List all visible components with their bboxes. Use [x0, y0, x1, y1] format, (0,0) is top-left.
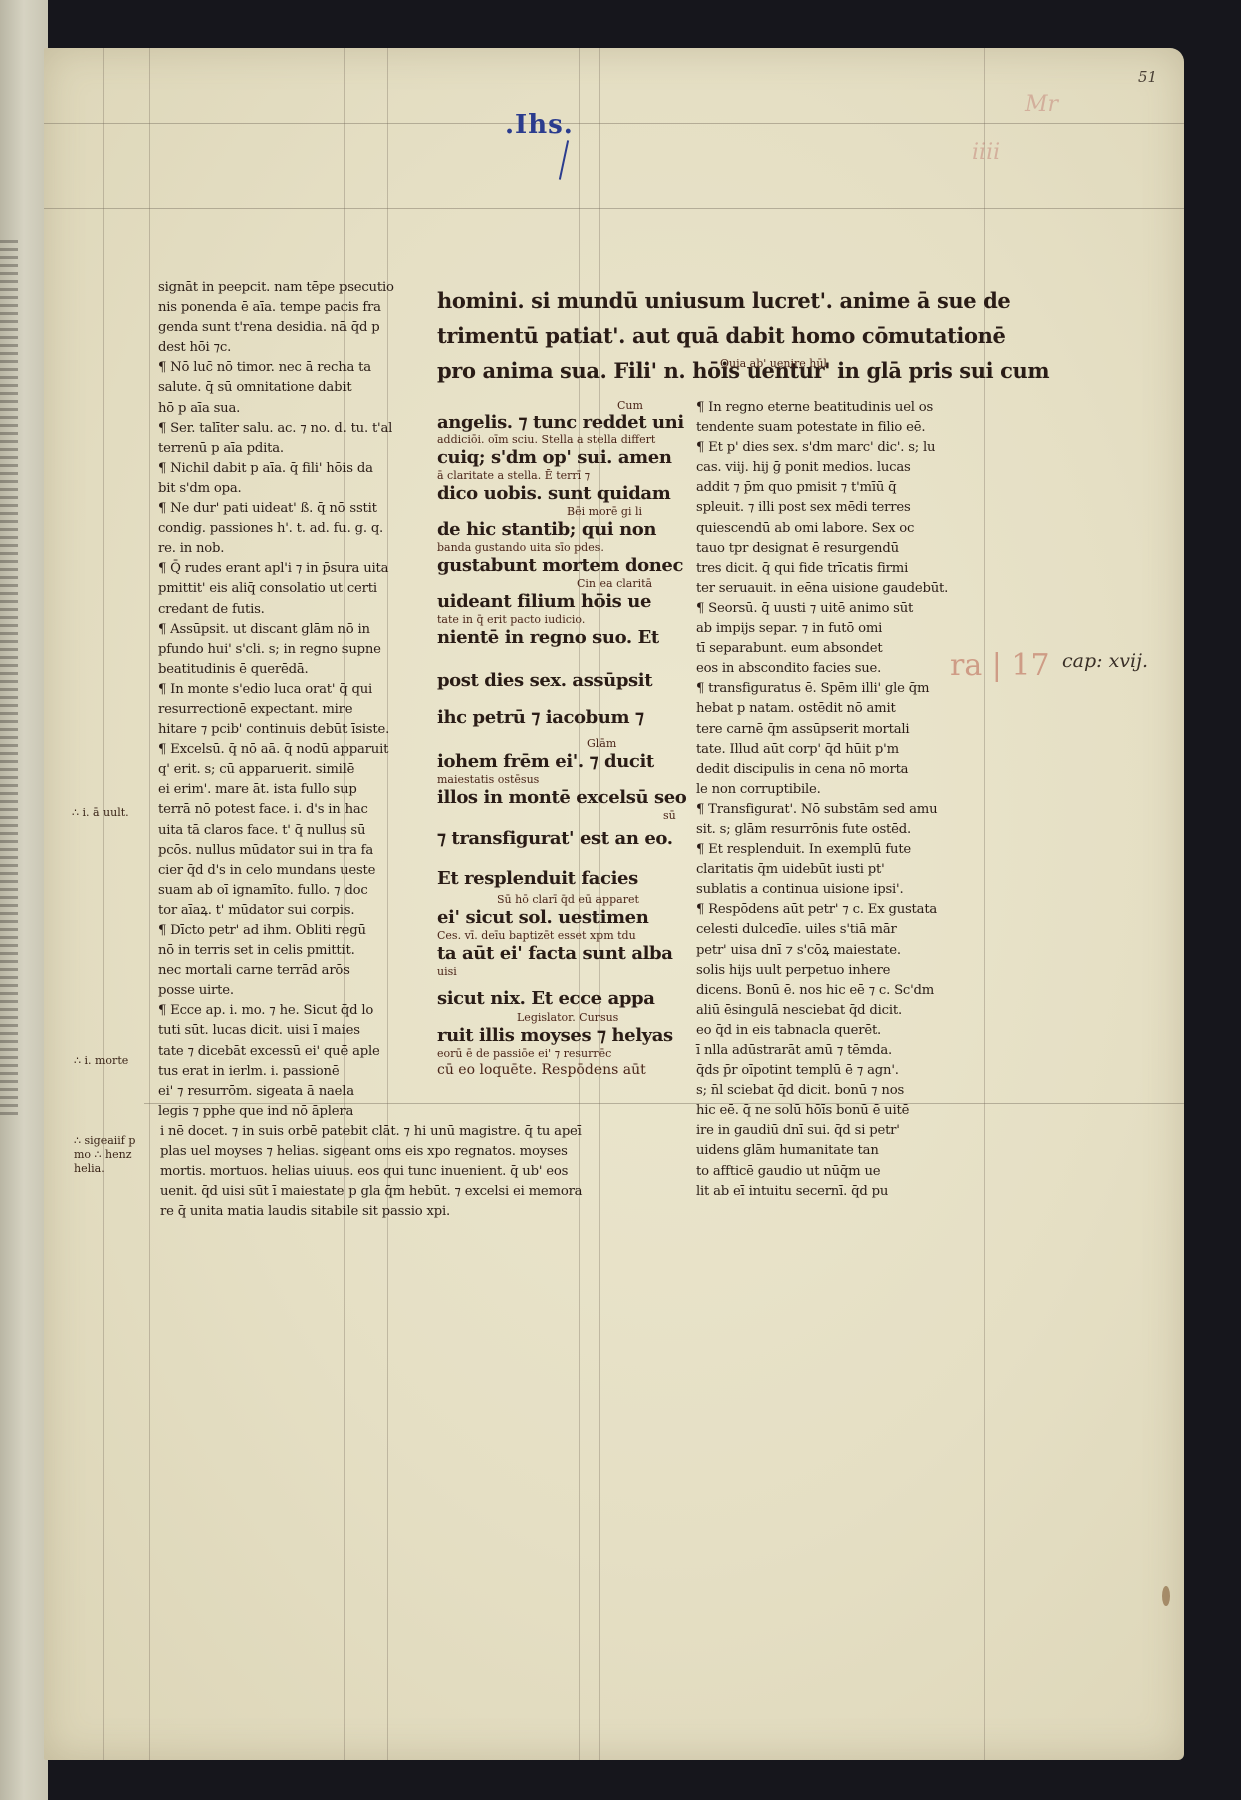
- gloss-line: hitare ⁊ pcib' continuis debūt īsiste.: [158, 720, 408, 740]
- gloss-line: nis ponenda ē aīa. tempe pacis fra: [158, 298, 408, 318]
- gloss-line: ī nlla adūstrarāt amū ⁊ tēmda.: [696, 1041, 966, 1061]
- text-line: trimentū patiat'. aut quā dabit homo cōm…: [437, 318, 957, 353]
- gloss-line: ¶ Assūpsit. ut discant glām nō in: [158, 620, 408, 640]
- gloss-line: dest hōi ⁊c.: [158, 338, 408, 358]
- gloss-line: q' erit. s; cū apparuerit. similē: [158, 760, 408, 780]
- gloss-line: tendente suam potestate in filio eē.: [696, 418, 966, 438]
- text-line: cuiq; s'dm op' sui. amen: [437, 446, 667, 470]
- gloss-line: posse uirte.: [158, 981, 408, 1001]
- gloss-line: i nē docet. ⁊ in suis orbē patebit clāt.…: [160, 1122, 680, 1142]
- gloss-line: genda sunt t'rena desidia. nā q̄d p: [158, 318, 408, 338]
- gloss-line: tate. Illud aūt corp' q̄d hūit p'm: [696, 740, 966, 760]
- gloss-line: le non corruptibile.: [696, 780, 966, 800]
- gloss-line: ¶ Excelsū. q̄ nō aā. q̄ nodū apparuit: [158, 740, 408, 760]
- text-line: illos in montē excelsū seo: [437, 786, 667, 810]
- gloss-line: eo q̄d in eis tabnacla querēt.: [696, 1021, 966, 1041]
- gloss-line: pmittit' eis aliq̄ consolatio ut certi: [158, 579, 408, 599]
- ruling-line: [149, 48, 150, 1760]
- gloss-line: ab impijs separ. ⁊ in futō omi: [696, 619, 966, 639]
- interlinear-gloss: uisi: [437, 966, 667, 978]
- gloss-line: cas. viij. hij ḡ ponit medios. lucas: [696, 458, 966, 478]
- ruling-line: [44, 123, 1184, 124]
- gloss-line: tere carnē q̄m assūpserit mortali: [696, 720, 966, 740]
- gloss-line: resurrectionē expectant. mire: [158, 700, 408, 720]
- gloss-line: tate ⁊ dicebāt excessū ei' quē aple: [158, 1042, 408, 1062]
- text-line: nientē in regno suo. Et: [437, 626, 667, 650]
- gloss-line: ¶ Ne dur' pati uideat' ß. q̄ nō sstit: [158, 499, 408, 519]
- text-line: ruit illis moyses ⁊ helyas: [437, 1024, 667, 1048]
- gloss-line: pcōs. nullus mūdator sui in tra fa: [158, 841, 408, 861]
- running-head-text: .Ihs.: [505, 110, 574, 140]
- gloss-line: sublatis a continua uisione ipsi'.: [696, 880, 966, 900]
- interlinear-gloss: tate in q̄ erit pacto iudicio.: [437, 614, 667, 626]
- gloss-line: ¶ transfiguratus ē. Spēm illi' gle q̄m: [696, 679, 966, 699]
- gloss-line: signāt in peepcit. nam tēpe psecutio: [158, 278, 408, 298]
- text-line: iohem frēm ei'. ⁊ ducit: [437, 750, 667, 774]
- gloss-line: ¶ Respōdens aūt petr' ⁊ c. Ex gustata: [696, 900, 966, 920]
- main-text-column: Cum angelis. ⁊ tunc reddet uni addiciōi.…: [437, 400, 667, 1080]
- gloss-line: suam ab oī ignamīto. fullo. ⁊ doc: [158, 881, 408, 901]
- gloss-line: quiescendū ab omi labore. Sex oc: [696, 519, 966, 539]
- gloss-line: celesti dulcedīe. uiles s'tiā mār: [696, 920, 966, 940]
- margin-note: ∴ i. morte: [74, 1054, 128, 1067]
- ruling-line: [103, 48, 104, 1760]
- gloss-line: hic eē. q̄ ne solū hōīs bonū ē uitē: [696, 1101, 966, 1121]
- main-text-top: homini. si mundū uniusum lucret'. anime …: [437, 283, 957, 389]
- right-gloss-column: ¶ In regno eterne beatitudinis uel os te…: [696, 398, 966, 1202]
- text-line: ta aūt ei' facta sunt alba: [437, 942, 667, 966]
- gloss-line: ¶ Seorsū. q̄ uusti ⁊ uitē animo sūt: [696, 599, 966, 619]
- gloss-line: beatitudinis ē querēdā.: [158, 660, 408, 680]
- gloss-line: plas uel moyses ⁊ helias. sigeant oms ei…: [160, 1142, 680, 1162]
- gloss-line: ¶ In regno eterne beatitudinis uel os: [696, 398, 966, 418]
- faded-note: Mr: [1025, 92, 1058, 117]
- gloss-line: ter seruauit. in eēna uisione gaudebūt.: [696, 579, 966, 599]
- text-line: post dies sex. assūpsit: [437, 664, 667, 698]
- gloss-line: ¶ Transfigurat'. Nō substām sed amu: [696, 800, 966, 820]
- gloss-line: s; n̄l sciebat q̄d dicit. bonū ⁊ nos: [696, 1081, 966, 1101]
- text-line: homini. si mundū uniusum lucret'. anime …: [437, 283, 957, 318]
- interlinear-gloss: Quia ab' uenire hūl: [720, 358, 827, 370]
- previous-leaf-edge: [0, 0, 48, 1800]
- interlinear-gloss: sū: [663, 810, 676, 822]
- gloss-line: to affticē gaudio ut nūq̄m ue: [696, 1162, 966, 1182]
- stain: [1162, 1586, 1170, 1606]
- gloss-line: bit s'dm opa.: [158, 479, 408, 499]
- interlinear-gloss: Legislator. Cursus: [517, 1012, 667, 1024]
- margin-note: ∴ sigeaiif p mo ∴ henz helia.: [74, 1134, 154, 1176]
- gloss-line: sit. s; glām resurrōnis fute ostēd.: [696, 820, 966, 840]
- gloss-line: ¶ Q̄ rudes erant apl'i ⁊ in p̄sura uita: [158, 559, 408, 579]
- gloss-line: credant de futis.: [158, 600, 408, 620]
- text-line: dico uobis. sunt quidam: [437, 482, 667, 506]
- gloss-line: terrā nō potest face. i. d's in hac: [158, 800, 408, 820]
- text-line: Et resplenduit facies: [437, 864, 667, 894]
- gloss-line: mortis. mortuos. helias uiuus. eos qui t…: [160, 1162, 680, 1182]
- interlinear-gloss: ā claritate a stella. Ē terrī ⁊: [437, 470, 667, 482]
- text-line: angelis. ⁊ tunc reddet uni: [437, 412, 667, 434]
- margin-note: ∴ i. ā uult.: [72, 806, 129, 819]
- interlinear-gloss: maiestatis ostēsus: [437, 774, 667, 786]
- gloss-line: re. in nob.: [158, 539, 408, 559]
- gloss-line: tauo tpr designat ē resurgendū: [696, 539, 966, 559]
- gloss-line: tus erat in ierlm. i. passionē: [158, 1062, 408, 1082]
- gloss-line: aliū ēsingulā nesciebat q̄d dicit.: [696, 1001, 966, 1021]
- gloss-line: ¶ Nichil dabit p aīa. q̄ fili' hōis da: [158, 459, 408, 479]
- running-head: .Ihs.: [505, 110, 574, 140]
- gloss-line: nec mortali carne terrād arōs: [158, 961, 408, 981]
- left-gloss-column: signāt in peepcit. nam tēpe psecutio nis…: [158, 278, 408, 1122]
- gloss-line: cier q̄d d's in celo mundans ueste: [158, 861, 408, 881]
- gloss-line: ei' ⁊ resurrōm. sigeata ā naela: [158, 1082, 408, 1102]
- gloss-line: ¶ Ser. talīter salu. ac. ⁊ no. d. tu. t'…: [158, 419, 408, 439]
- gloss-line: uenit. q̄d uisi sūt ī maiestate p gla q̄…: [160, 1182, 680, 1202]
- gloss-line: dedit discipulis in cena nō morta: [696, 760, 966, 780]
- gloss-line: ¶ Et resplenduit. In exemplū fute: [696, 840, 966, 860]
- interlinear-gloss: Bēi morē gi li: [567, 506, 667, 518]
- gloss-line: tres dicit. q̄ qui fide trīcatis firmi: [696, 559, 966, 579]
- interlinear-gloss: Glām: [587, 738, 667, 750]
- gloss-line: ¶ Ecce ap. i. mo. ⁊ he. Sicut q̄d lo: [158, 1001, 408, 1021]
- interlinear-gloss: Sū hō clarī q̄d eū apparet: [497, 894, 667, 906]
- gloss-line: tuti sūt. lucas dicit. uisi ī maies: [158, 1021, 408, 1041]
- text-line: gustabunt mortem donec: [437, 554, 667, 578]
- gloss-line: nō in terris set in celis pmittit.: [158, 941, 408, 961]
- gloss-line: ¶ Dīcto petr' ad ihm. Obliti regū: [158, 921, 408, 941]
- text-line: sicut nix. Et ecce appa: [437, 986, 667, 1012]
- gloss-line: uidens glām humanitate tan: [696, 1141, 966, 1161]
- chapter-note: cap: xvij.: [1062, 650, 1148, 672]
- text-line: de hic stantib; qui non: [437, 518, 667, 542]
- gloss-line: pfundo hui' s'cli. s; in regno supne: [158, 640, 408, 660]
- text-line: ⁊ transfigurat' est an eo.: [437, 824, 667, 854]
- gloss-line: petr' uisa dnī ⁊ s'cōꝝ maiestate.: [696, 941, 966, 961]
- gloss-line: terrenū p aīa pdita.: [158, 439, 408, 459]
- interlinear-gloss: Ces. vī. deīu baptizēt esset xpm tdu: [437, 930, 667, 942]
- gloss-line: uita tā claros face. t' q̄ nullus sū: [158, 821, 408, 841]
- interlinear-gloss: Cum: [617, 400, 667, 412]
- previous-leaf-text-edge: [0, 240, 18, 1120]
- gloss-line: ¶ Nō luc̄ nō timor. nec ā recha ta: [158, 358, 408, 378]
- interlinear-gloss: Cin ea claritā: [577, 578, 667, 590]
- gloss-line: legis ⁊ pphe que ind nō āplera: [158, 1102, 408, 1122]
- gloss-line: lit ab eī intuitu secernī. q̄d pu: [696, 1182, 966, 1202]
- gloss-line: eos in abscondito facies sue.: [696, 659, 966, 679]
- faded-note: iiii: [972, 140, 1000, 165]
- text-line: ei' sicut sol. uestimen: [437, 906, 667, 930]
- bottom-gloss-block: i nē docet. ⁊ in suis orbē patebit clāt.…: [160, 1122, 680, 1222]
- gloss-line: addit ⁊ p̄m quo pmisit ⁊ t'mīū q̄: [696, 478, 966, 498]
- gloss-line: tī separabunt. eum absondet: [696, 639, 966, 659]
- gloss-line: re q̄ unita matia laudis sitabile sit pa…: [160, 1202, 680, 1222]
- gloss-line: ¶ In monte s'edio luca orat' q̄ qui: [158, 680, 408, 700]
- gloss-line: ¶ Et p' dies sex. s'dm marc' dic'. s; lu: [696, 438, 966, 458]
- ruling-line: [44, 208, 1184, 209]
- interlinear-gloss: addiciōi. oīm sciu. Stella a stella diff…: [437, 434, 667, 446]
- gloss-line: spleuit. ⁊ illi post sex mēdi terres: [696, 498, 966, 518]
- text-line: uideant filium hōis ue: [437, 590, 667, 614]
- interlinear-gloss: cū eo loquēte. Respōdens aūt: [437, 1060, 667, 1080]
- gloss-line: tor aīaꝝ. t' mūdator sui corpis.: [158, 901, 408, 921]
- gloss-line: salute. q̄ sū omnitatione dabit: [158, 378, 408, 398]
- gloss-line: hebat p natam. ostēdit nō amit: [696, 699, 966, 719]
- gloss-line: dicens. Bonū ē. nos hic eē ⁊ c. Sc'dm: [696, 981, 966, 1001]
- folio-number: 51: [1138, 68, 1157, 86]
- interlinear-gloss: eorū ē de passiōe ei' ⁊ resurrēc: [437, 1048, 667, 1060]
- gloss-line: claritatis q̄m uidebūt iusti pt': [696, 860, 966, 880]
- gloss-line: hō p aīa sua.: [158, 399, 408, 419]
- gloss-line: q̄ds p̄r oīpotint templū ē ⁊ agn'.: [696, 1061, 966, 1081]
- interlinear-gloss: banda gustando uita sīo pdes.: [437, 542, 667, 554]
- text-line: pro anima sua. Fili' n. hōis uentur' in …: [437, 353, 957, 388]
- gloss-line: ire in gaudiū dnī sui. q̄d si petr': [696, 1121, 966, 1141]
- gloss-line: condig. passiones h'. t. ad. fu. g. q.: [158, 519, 408, 539]
- gloss-line: solis hijs uult perpetuo inhere: [696, 961, 966, 981]
- gloss-line: ei erim'. mare āt. ista fullo sup: [158, 780, 408, 800]
- text-line: ihc petrū ⁊ iacobum ⁊: [437, 698, 667, 738]
